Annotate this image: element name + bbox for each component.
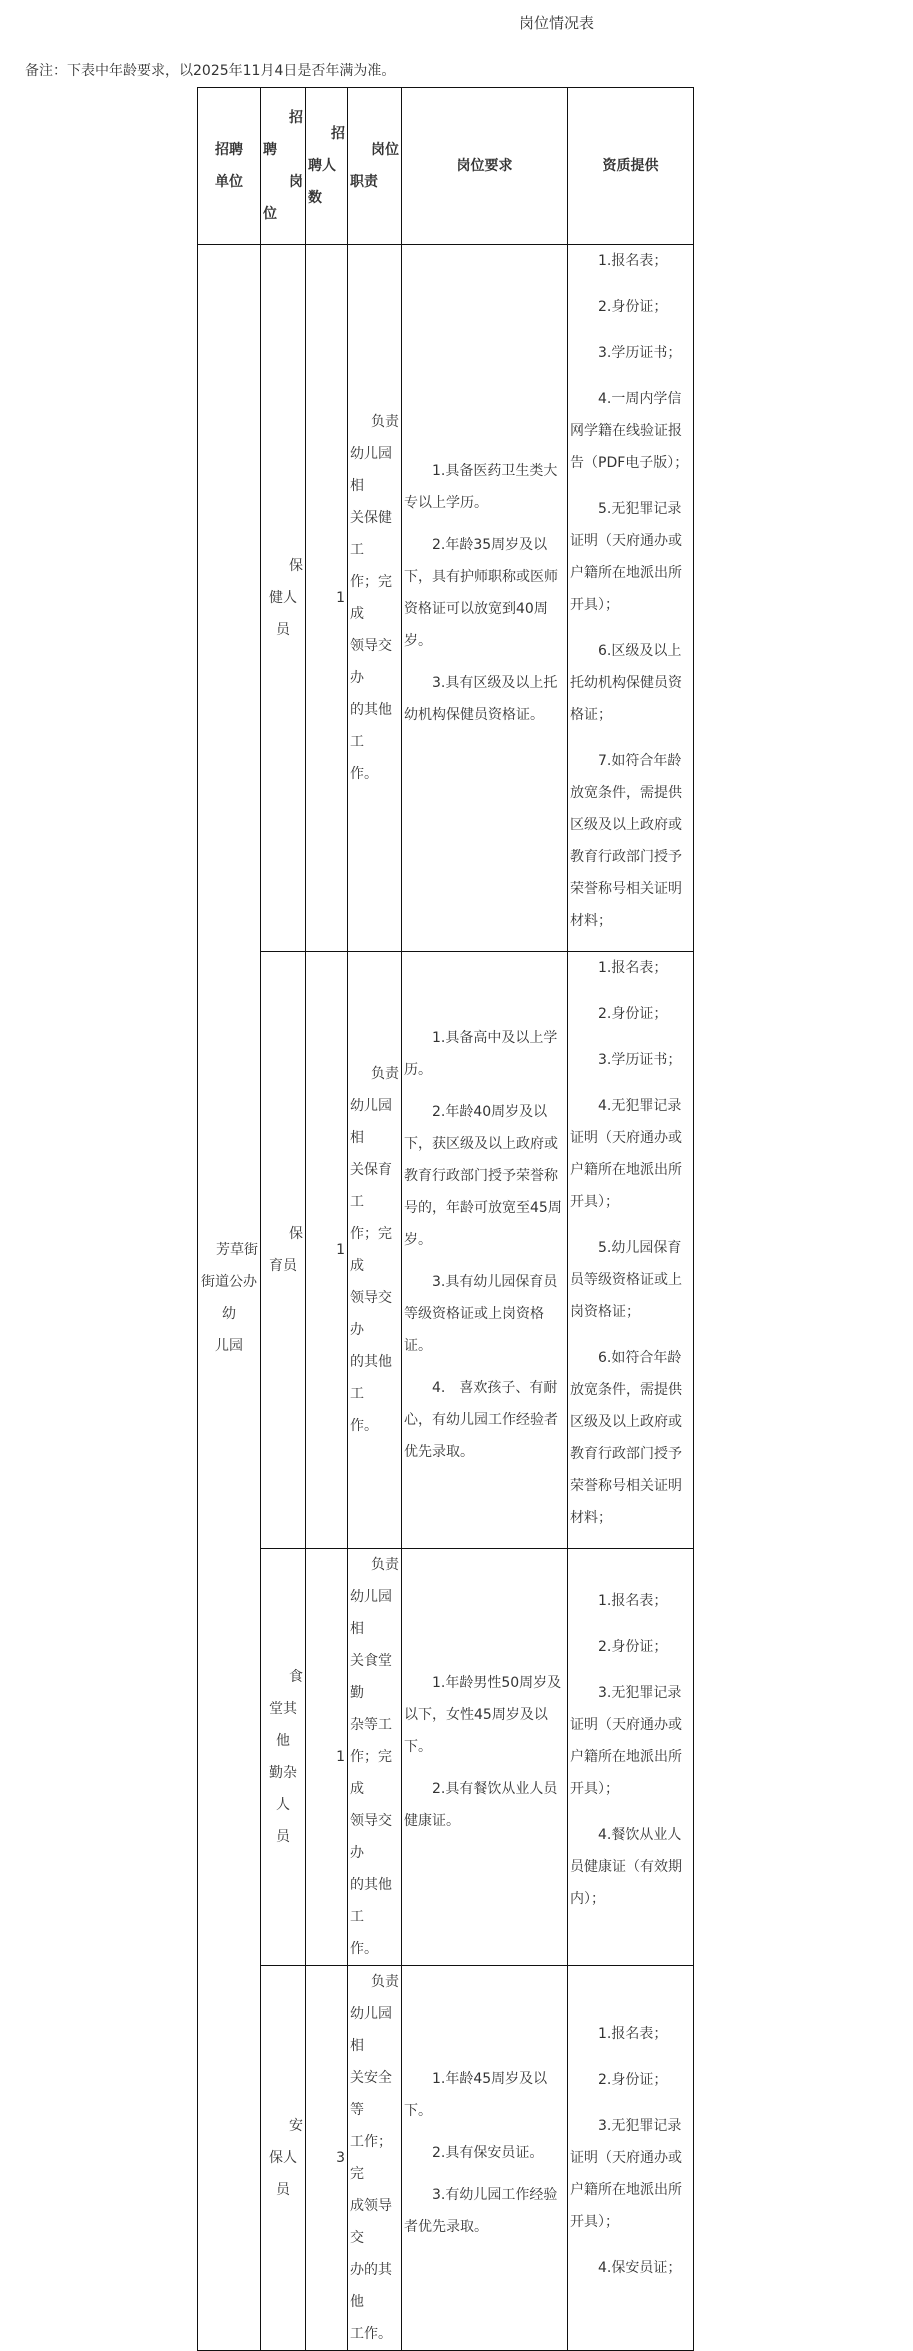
duty: 负责幼儿园相关安全等工作；完成领导交办的其他工作。 [348, 1966, 402, 2351]
requirements: 1.具备医药卫生类大专以上学历。 2.年龄35周岁及以下，具有护师职称或医师资格… [402, 245, 568, 952]
header-requirement: 岗位要求 [402, 88, 568, 245]
requirements: 1.具备高中及以上学历。 2.年龄40周岁及以下，获区级及以上政府或教育行政部门… [402, 952, 568, 1549]
position-name: 保育员 [261, 952, 306, 1549]
qualifications: 1.报名表；2.身份证；3.学历证书；4.无犯罪记录证明（天府通办或户籍所在地派… [568, 952, 694, 1549]
header-unit: 招聘单位 [198, 88, 261, 245]
headcount: 1 [306, 245, 348, 952]
duty: 负责幼儿园相关保育工作；完成领导交办的其他工作。 [348, 952, 402, 1549]
duty: 负责幼儿园相关保健工作；完成领导交办的其他工作。 [348, 245, 402, 952]
table-row: 食堂其他勤杂人员 1 负责幼儿园相关食堂勤杂等工作；完成领导交办的其他工作。 1… [198, 1549, 694, 1966]
qualifications: 1.报名表；2.身份证；3.无犯罪记录证明（天府通办或户籍所在地派出所开具）；4… [568, 1549, 694, 1966]
header-count: 招聘人数 [306, 88, 348, 245]
qualifications: 1.报名表；2.身份证；3.学历证书；4.一周内学信网学籍在线验证报告（PDF电… [568, 245, 694, 952]
headcount: 1 [306, 1549, 348, 1966]
position-name: 保健人员 [261, 245, 306, 952]
table-row: 安保人员 3 负责幼儿园相关安全等工作；完成领导交办的其他工作。 1.年龄45周… [198, 1966, 694, 2351]
duty: 负责幼儿园相关食堂勤杂等工作；完成领导交办的其他工作。 [348, 1549, 402, 1966]
header-position: 招 聘 岗 位 [261, 88, 306, 245]
requirements: 1.年龄45周岁及以下。 2.具有保安员证。 3.有幼儿园工作经验者优先录取。 [402, 1966, 568, 2351]
table-row: 保育员 1 负责幼儿园相关保育工作；完成领导交办的其他工作。 1.具备高中及以上… [198, 952, 694, 1549]
header-row: 招聘单位 招 聘 岗 位 招聘人数 岗位职责 岗位要求 资质提供 [198, 88, 694, 245]
header-duty: 岗位职责 [348, 88, 402, 245]
table-row: 芳草街街道公办幼儿园 保健人员 1 负责幼儿园相关保健工作；完成领导交办的其他工… [198, 245, 694, 952]
header-qualification: 资质提供 [568, 88, 694, 245]
headcount: 3 [306, 1966, 348, 2351]
page-title: 岗位情况表 [0, 12, 913, 33]
age-note: 备注：下表中年龄要求，以2025年11月4日是否年满为准。 [25, 60, 395, 80]
position-name: 安保人员 [261, 1966, 306, 2351]
positions-table: 招聘单位 招 聘 岗 位 招聘人数 岗位职责 岗位要求 资质提供 芳草街街道公办… [197, 87, 694, 2351]
position-name: 食堂其他勤杂人员 [261, 1549, 306, 1966]
recruiting-unit: 芳草街街道公办幼儿园 [198, 245, 261, 2351]
requirements: 1.年龄男性50周岁及以下，女性45周岁及以下。 2.具有餐饮从业人员健康证。 [402, 1549, 568, 1966]
qualifications: 1.报名表；2.身份证；3.无犯罪记录证明（天府通办或户籍所在地派出所开具）；4… [568, 1966, 694, 2351]
headcount: 1 [306, 952, 348, 1549]
